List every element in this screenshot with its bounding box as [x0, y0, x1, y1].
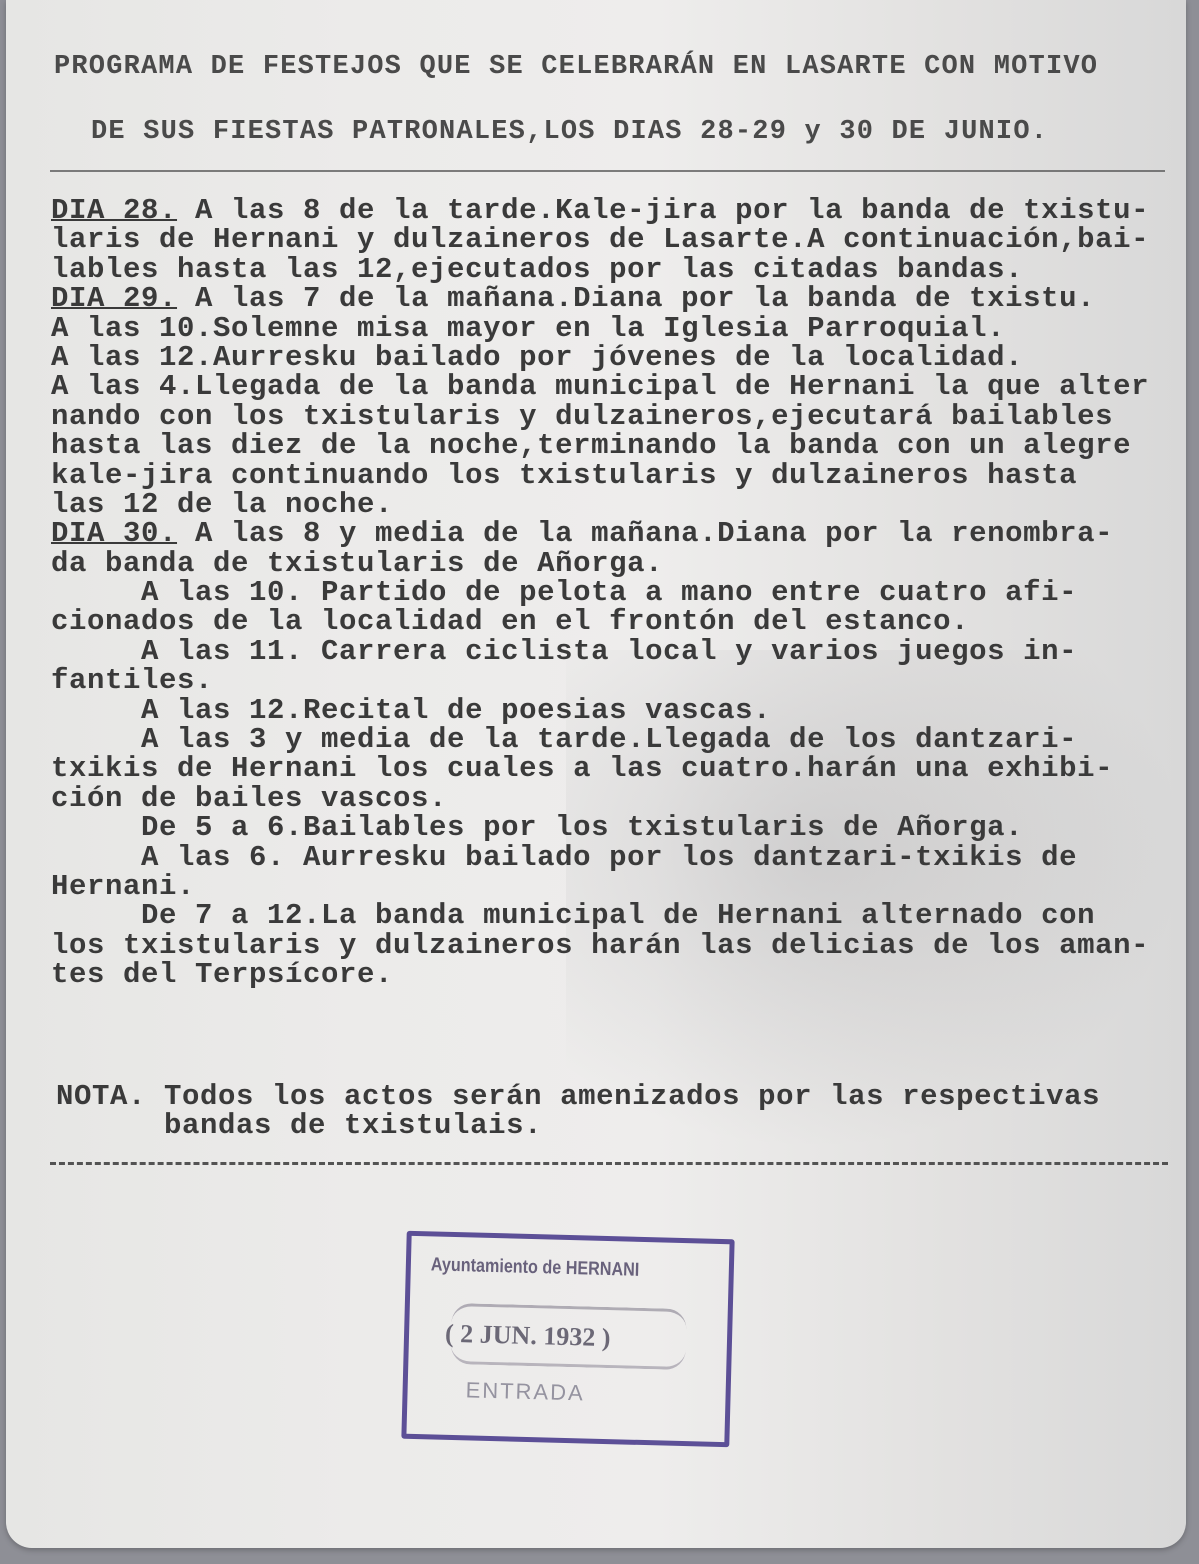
line-text: tes del Terpsícore. — [51, 958, 393, 991]
program-line: A las 12.Recital de poesias vascas. — [51, 696, 1149, 725]
program-line: cionados de la localidad en el frontón d… — [51, 607, 1149, 636]
line-text: laris de Hernani y dulzaineros de Lasart… — [51, 223, 1149, 256]
program-line: txikis de Hernani los cuales a las cuatr… — [51, 754, 1149, 783]
program-line: tes del Terpsícore. — [51, 960, 1149, 989]
official-stamp: Ayuntamiento de HERNANI ( 2 JUN. 1932 ) … — [401, 1231, 734, 1448]
line-text: A las 12.Aurresku bailado por jóvenes de… — [51, 341, 1023, 374]
line-text: A las 8 de la tarde.Kale-jira por la ban… — [177, 194, 1149, 227]
program-line: ción de bailes vascos. — [51, 784, 1149, 813]
day-heading-line: DIA 29. A las 7 de la mañana.Diana por l… — [51, 284, 1149, 313]
line-text: A las 11. Carrera ciclista local y vario… — [51, 635, 1077, 668]
line-text: A las 10. Partido de pelota a mano entre… — [51, 576, 1077, 609]
day-heading-line: DIA 28. A las 8 de la tarde.Kale-jira po… — [51, 196, 1149, 225]
line-text: A las 6. Aurresku bailado por los dantza… — [51, 841, 1077, 874]
line-text: ción de bailes vascos. — [51, 782, 447, 815]
program-line: hasta las diez de la noche,terminando la… — [51, 431, 1149, 460]
line-text: De 5 a 6.Bailables por los txistularis d… — [51, 811, 1023, 844]
program-line: A las 12.Aurresku bailado por jóvenes de… — [51, 343, 1149, 372]
line-text: A las 8 y media de la mañana.Diana por l… — [177, 517, 1113, 550]
program-line: De 7 a 12.La banda municipal de Hernani … — [51, 901, 1149, 930]
line-text: lables hasta las 12,ejecutados por las c… — [51, 253, 1023, 286]
title-divider — [50, 170, 1165, 172]
program-line: fantiles. — [51, 666, 1149, 695]
program-line: A las 10.Solemne misa mayor en la Iglesi… — [51, 314, 1149, 343]
dashed-divider — [50, 1162, 1168, 1165]
stamp-date: ( 2 JUN. 1932 ) — [445, 1319, 611, 1353]
program-line: Hernani. — [51, 872, 1149, 901]
day-label: DIA 29. — [51, 282, 177, 315]
line-text: txikis de Hernani los cuales a las cuatr… — [51, 752, 1113, 785]
note-line-1: NOTA. Todos los actos serán amenizados p… — [56, 1082, 1100, 1111]
program-line: De 5 a 6.Bailables por los txistularis d… — [51, 813, 1149, 842]
document-title-line-1: PROGRAMA DE FESTEJOS QUE SE CELEBRARÁN E… — [54, 52, 1098, 82]
stamp-issuer: Ayuntamiento de HERNANI — [431, 1254, 640, 1281]
line-text: las 12 de la noche. — [51, 488, 393, 521]
line-text: A las 3 y media de la tarde.Llegada de l… — [51, 723, 1077, 756]
line-text: Hernani. — [51, 870, 195, 903]
line-text: A las 10.Solemne misa mayor en la Iglesi… — [51, 312, 1005, 345]
program-line: A las 11. Carrera ciclista local y vario… — [51, 637, 1149, 666]
program-line: A las 10. Partido de pelota a mano entre… — [51, 578, 1149, 607]
line-text: De 7 a 12.La banda municipal de Hernani … — [51, 899, 1095, 932]
line-text: kale-jira continuando los txistularis y … — [51, 459, 1077, 492]
program-line: nando con los txistularis y dulzaineros,… — [51, 402, 1149, 431]
line-text: nando con los txistularis y dulzaineros,… — [51, 400, 1113, 433]
document-page: PROGRAMA DE FESTEJOS QUE SE CELEBRARÁN E… — [6, 0, 1186, 1548]
line-text: A las 12.Recital de poesias vascas. — [51, 694, 771, 727]
program-line: las 12 de la noche. — [51, 490, 1149, 519]
line-text: fantiles. — [51, 664, 213, 697]
program-line: los txistularis y dulzaineros harán las … — [51, 931, 1149, 960]
program-line: da banda de txistularis de Añorga. — [51, 549, 1149, 578]
program-body: DIA 28. A las 8 de la tarde.Kale-jira po… — [51, 196, 1149, 990]
program-line: kale-jira continuando los txistularis y … — [51, 461, 1149, 490]
stamp-label: ENTRADA — [465, 1377, 585, 1406]
line-text: A las 4.Llegada de la banda municipal de… — [51, 370, 1149, 403]
note-block: NOTA. Todos los actos serán amenizados p… — [56, 1082, 1100, 1141]
program-line: A las 6. Aurresku bailado por los dantza… — [51, 843, 1149, 872]
document-title-line-2: DE SUS FIESTAS PATRONALES,LOS DIAS 28-29… — [91, 117, 1048, 147]
note-line-2: bandas de txistulais. — [56, 1111, 1100, 1140]
line-text: A las 7 de la mañana.Diana por la banda … — [177, 282, 1095, 315]
program-line: lables hasta las 12,ejecutados por las c… — [51, 255, 1149, 284]
line-text: cionados de la localidad en el frontón d… — [51, 605, 969, 638]
program-line: A las 4.Llegada de la banda municipal de… — [51, 372, 1149, 401]
day-label: DIA 30. — [51, 517, 177, 550]
line-text: los txistularis y dulzaineros harán las … — [51, 929, 1149, 962]
line-text: hasta las diez de la noche,terminando la… — [51, 429, 1131, 462]
program-line: laris de Hernani y dulzaineros de Lasart… — [51, 225, 1149, 254]
program-line: A las 3 y media de la tarde.Llegada de l… — [51, 725, 1149, 754]
line-text: da banda de txistularis de Añorga. — [51, 547, 663, 580]
day-label: DIA 28. — [51, 194, 177, 227]
day-heading-line: DIA 30. A las 8 y media de la mañana.Dia… — [51, 519, 1149, 548]
